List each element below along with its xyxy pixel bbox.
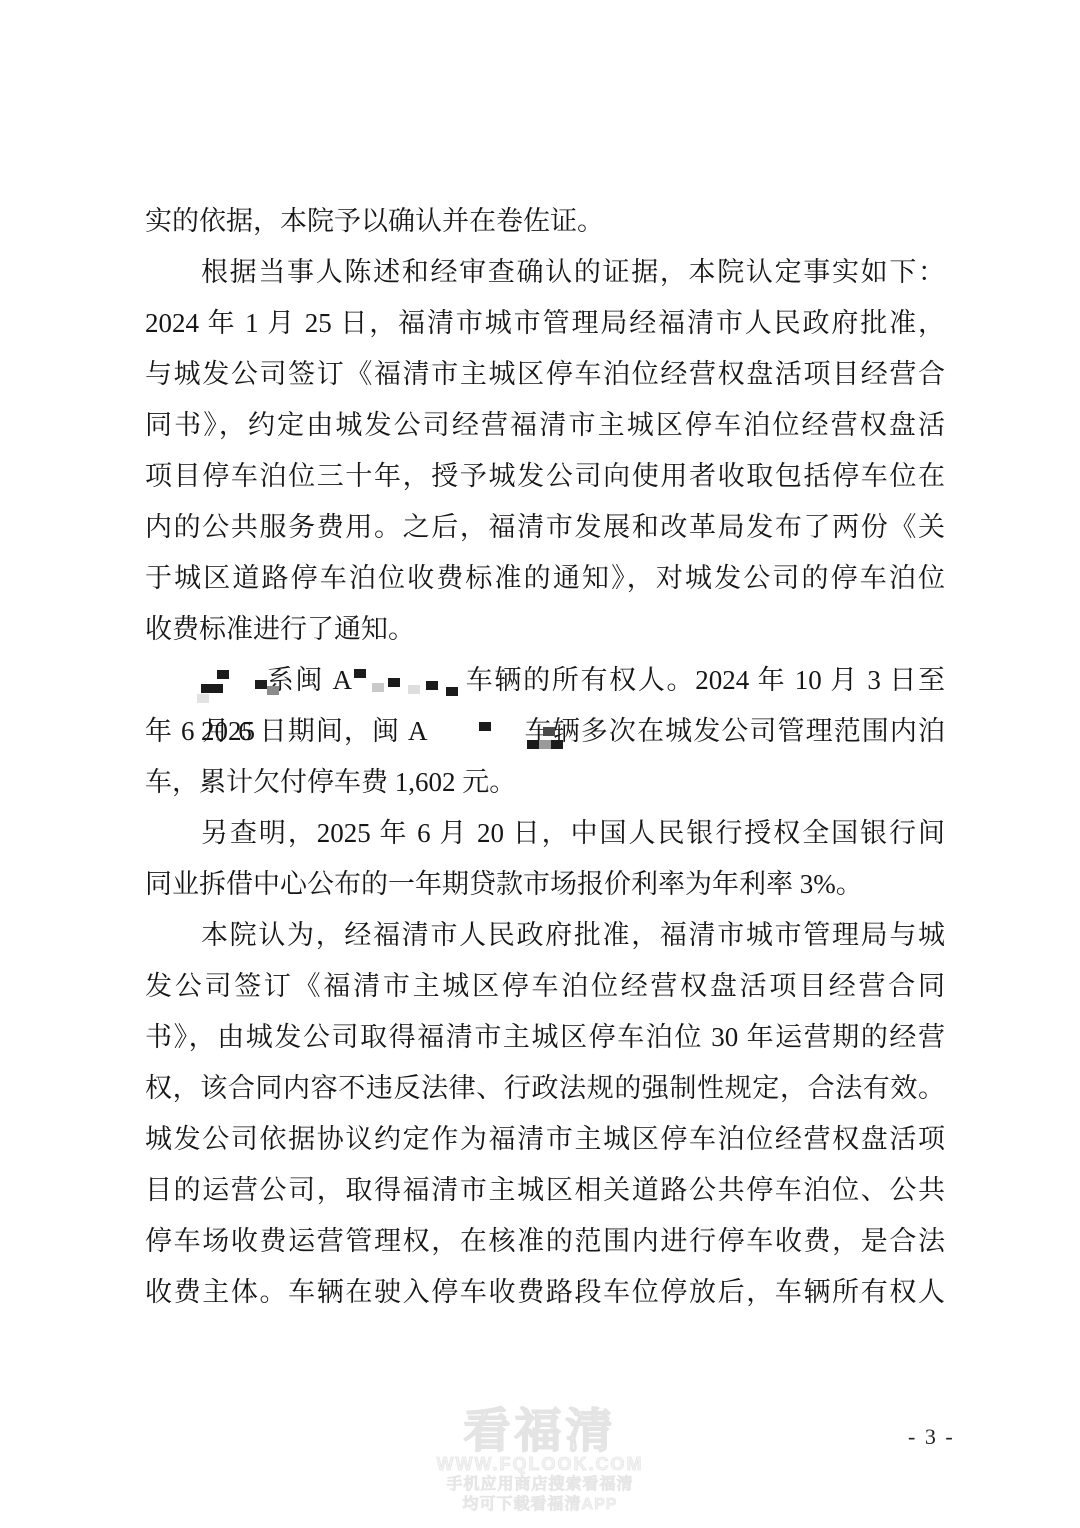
redacted-license-plate-mosaic xyxy=(427,717,523,751)
text-line: 停车场收费运营管理权，在核准的范围内进行停车收费，是合法 xyxy=(145,1216,945,1267)
text-line: 收费标准进行了通知。 xyxy=(145,604,945,655)
text-line: 权，该合同内容不违反法律、行政法规的强制性规定，合法有效。 xyxy=(145,1063,945,1114)
watermark-url: WWW.FQLOOK.COM xyxy=(0,1454,1080,1474)
text-segment: 车辆多次在城发公司管理范围内泊 xyxy=(523,716,945,746)
text-line: 根据当事人陈述和经审查确认的证据，本院认定事实如下： xyxy=(145,247,945,298)
judgment-text-block: 实的依据，本院予以确认并在卷佐证。 根据当事人陈述和经审查确认的证据，本院认定事… xyxy=(145,196,945,1318)
text-line: 发公司签订《福清市主城区停车泊位经营权盘活项目经营合同 xyxy=(145,961,945,1012)
text-line: 内的公共服务费用。之后，福清市发展和改革局发布了两份《关 xyxy=(145,502,945,553)
watermark-caption-line: 手机应用商店搜索看福清 xyxy=(0,1476,1080,1494)
redacted-license-plate-mosaic xyxy=(352,666,464,700)
text-line: 与城发公司签订《福清市主城区停车泊位经营权盘活项目经营合 xyxy=(145,349,945,400)
text-line: 本院认为，经福清市人民政府批准，福清市城市管理局与城 xyxy=(145,910,945,961)
text-segment: 年 6 月 6 日期间，闽 A xyxy=(145,716,427,746)
text-line: 同业拆借中心公布的一年期贷款市场报价利率为年利率 3%。 xyxy=(145,859,945,910)
text-line: 2024 年 1 月 25 日，福清市城市管理局经福清市人民政府批准， xyxy=(145,298,945,349)
watermark-caption-line: 均可下载看福清APP xyxy=(0,1496,1080,1514)
court-judgment-page: 实的依据，本院予以确认并在卷佐证。 根据当事人陈述和经审查确认的证据，本院认定事… xyxy=(0,0,1080,1528)
redacted-owner-name-mosaic xyxy=(201,666,265,700)
text-segment: 系闽 A xyxy=(265,665,352,695)
text-line-with-redactions: 年 6 月 6 日期间，闽 A车辆多次在城发公司管理范围内泊 xyxy=(145,706,945,757)
text-line: 城发公司依据协议约定作为福清市主城区停车泊位经营权盘活项 xyxy=(145,1114,945,1165)
text-line: 目的运营公司，取得福清市主城区相关道路公共停车泊位、公共 xyxy=(145,1165,945,1216)
text-line: 同书》，约定由城发公司经营福清市主城区停车泊位经营权盘活 xyxy=(145,400,945,451)
text-line: 项目停车泊位三十年，授予城发公司向使用者收取包括停车位在 xyxy=(145,451,945,502)
text-line: 实的依据，本院予以确认并在卷佐证。 xyxy=(145,196,945,247)
text-line: 另查明，2025 年 6 月 20 日，中国人民银行授权全国银行间 xyxy=(145,808,945,859)
text-line: 书》，由城发公司取得福清市主城区停车泊位 30 年运营期的经营 xyxy=(145,1012,945,1063)
text-line: 于城区道路停车泊位收费标准的通知》，对城发公司的停车泊位 xyxy=(145,553,945,604)
text-line: 车，累计欠付停车费 1,602 元。 xyxy=(145,757,945,808)
text-line-with-redactions: 系闽 A车辆的所有权人。2024 年 10 月 3 日至 2025 xyxy=(145,655,945,706)
page-number: - 3 - xyxy=(908,1424,955,1450)
fqlook-watermark: 看福清 WWW.FQLOOK.COM 手机应用商店搜索看福清 均可下载看福清AP… xyxy=(0,1406,1080,1514)
text-line: 收费主体。车辆在驶入停车收费路段车位停放后，车辆所有权人 xyxy=(145,1267,945,1318)
